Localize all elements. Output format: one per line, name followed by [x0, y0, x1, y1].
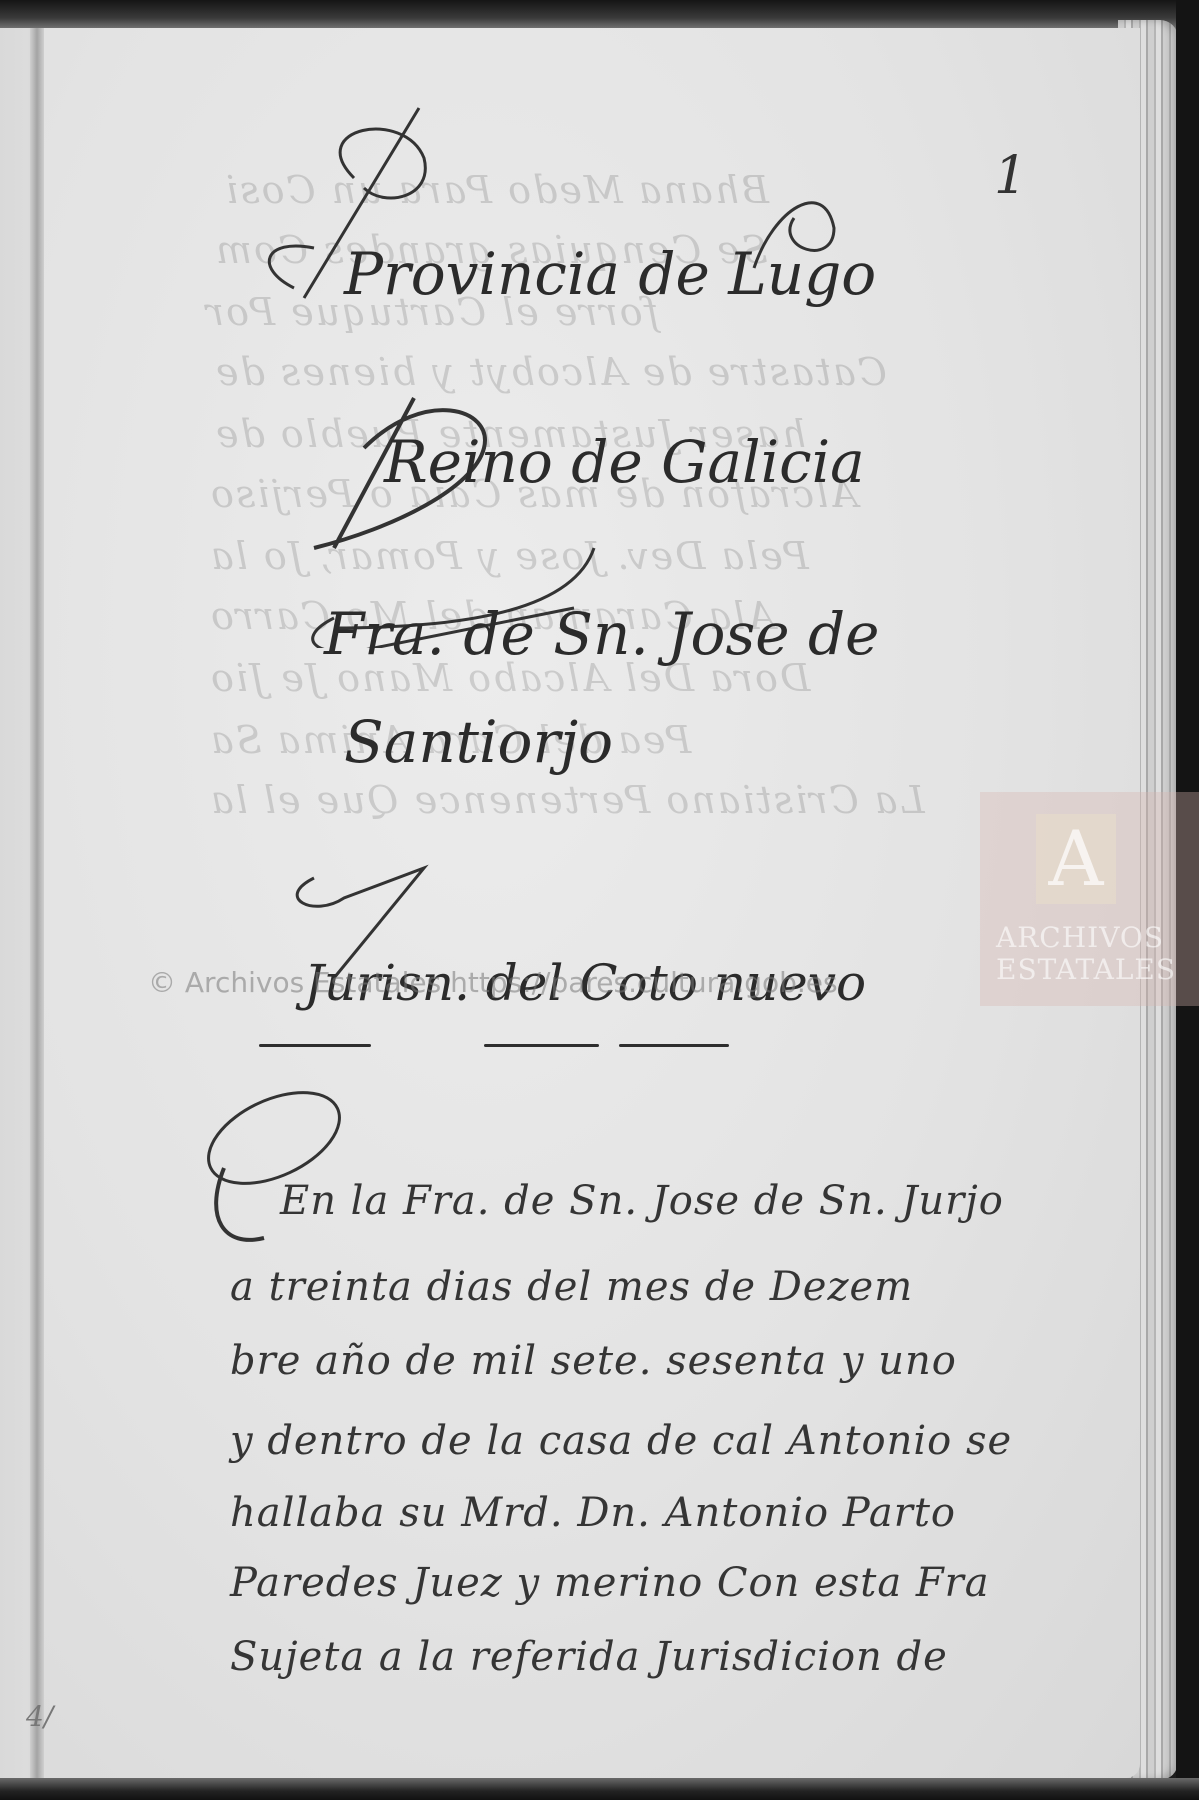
manuscript-page: Bhana Medo Para un Cosi Se Cenquias gran…: [44, 28, 1140, 1778]
archive-logo: A ARCHIVOS ESTATALES: [980, 792, 1199, 1006]
body-line: hallaba su Mrd. Dn. Antonio Parto: [230, 1490, 956, 1536]
archive-watermark-text: © Archivos Estatales https://pares.cultu…: [148, 966, 838, 999]
logo-line-estatales: ESTATALES: [996, 954, 1176, 986]
body-line: Sujeta a la referida Jurisdicion de: [230, 1634, 948, 1680]
heading-underline: [259, 1044, 371, 1047]
body-line: y dentro de la casa de cal Antonio se: [230, 1418, 1012, 1464]
bleed-through-text: La Cristiano Pertenence Que el la: [209, 778, 925, 822]
pencil-margin-note: 4/: [26, 1700, 53, 1733]
heading-line-provincia: Provincia de Lugo: [344, 240, 876, 308]
heading-line-reino: Reino de Galicia: [384, 428, 865, 496]
body-line: bre año de mil sete. sesenta y uno: [230, 1338, 957, 1384]
heading-underline: [484, 1044, 599, 1047]
heading-line-santiorjo: Santiorjo: [344, 708, 613, 776]
archive-logo-text: ARCHIVOS ESTATALES: [996, 922, 1176, 986]
body-line: Paredes Juez y merino Con esta Fra: [230, 1560, 990, 1606]
scanned-manuscript: Bhana Medo Para un Cosi Se Cenquias gran…: [0, 0, 1199, 1800]
body-line: a treinta dias del mes de Dezem: [230, 1264, 913, 1310]
archive-logo-letter: A: [1036, 814, 1116, 904]
folio-number: 1: [994, 146, 1027, 206]
body-line: En la Fra. de Sn. Jose de Sn. Jurjo: [280, 1178, 1004, 1224]
heading-underline: [619, 1044, 729, 1047]
logo-line-archivos: ARCHIVOS: [996, 922, 1176, 954]
flourish-e-icon: [194, 1088, 354, 1258]
bottom-binding-edge: [0, 1778, 1199, 1800]
heading-line-feligresia: Fra. de Sn. Jose de: [324, 600, 879, 668]
top-binding-edge: [0, 0, 1199, 30]
page-gutter: [30, 28, 44, 1780]
